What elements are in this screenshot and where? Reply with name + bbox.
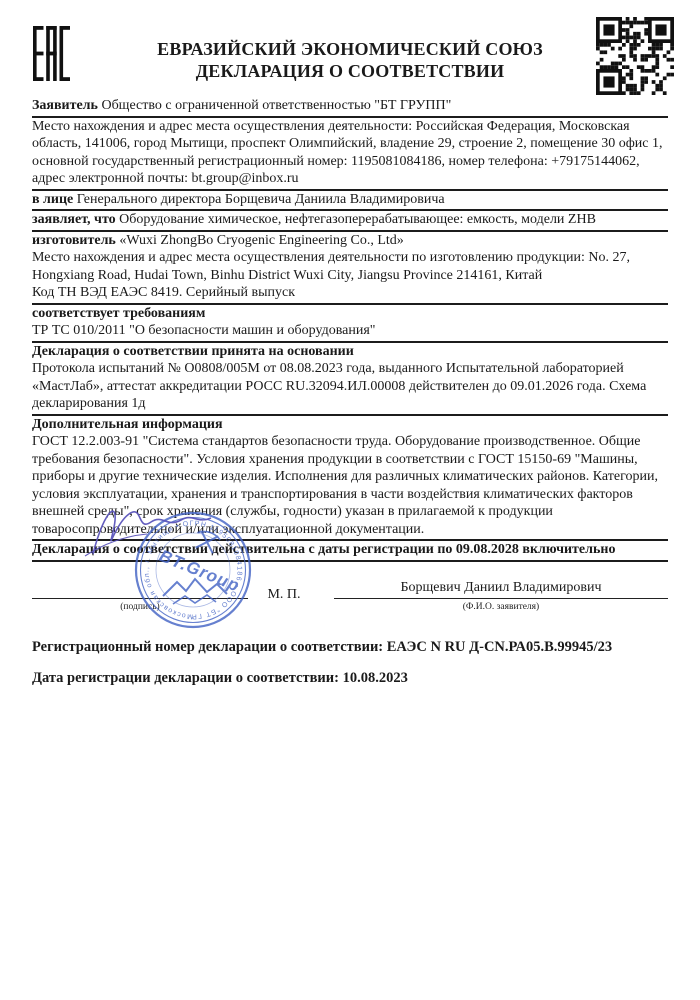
applicant-name-field: Борщевич Даниил Владимирович (Ф.И.О. зая… — [334, 579, 668, 614]
complies-row: соответствует требованиям ТР ТС 010/2011… — [32, 305, 668, 343]
additional-info-row: Дополнительная информация ГОСТ 12.2.003-… — [32, 416, 668, 542]
applicant-label: Заявитель — [32, 98, 98, 113]
title-line-1: ЕВРАЗИЙСКИЙ ЭКОНОМИЧЕСКИЙ СОЮЗ — [110, 38, 590, 60]
registration-footer: Регистрационный номер декларации о соотв… — [32, 639, 668, 687]
document-header: ЕВРАЗИЙСКИЙ ЭКОНОМИЧЕСКИЙ СОЮЗ ДЕКЛАРАЦИ… — [0, 0, 700, 96]
manufacturer-address: Место нахождения и адрес места осуществл… — [32, 249, 668, 284]
declaration-document: ЕВРАЗИЙСКИЙ ЭКОНОМИЧЕСКИЙ СОЮЗ ДЕКЛАРАЦИ… — [0, 0, 700, 1000]
registration-date-line: Дата регистрации декларации о соответств… — [32, 670, 668, 688]
title-line-2: ДЕКЛАРАЦИЯ О СООТВЕТСТВИИ — [110, 60, 590, 82]
applicant-name: Борщевич Даниил Владимирович — [334, 579, 668, 600]
additional-info-label: Дополнительная информация — [32, 416, 668, 434]
signature-field: (подпись) — [32, 579, 248, 613]
complies-label: соответствует требованиям — [32, 305, 668, 323]
registration-number-line: Регистрационный номер декларации о соотв… — [32, 639, 668, 657]
represented-by-label: в лице — [32, 192, 73, 207]
stamp-place-label: М. П. — [248, 579, 320, 604]
applicant-row: Заявитель Общество с ограниченной ответс… — [32, 97, 668, 118]
applicant-address-row: Место нахождения и адрес места осуществл… — [32, 118, 668, 191]
applicant-name-caption: (Ф.И.О. заявителя) — [334, 599, 668, 613]
eac-mark-icon — [33, 26, 70, 87]
tnved-code: Код ТН ВЭД ЕАЭС 8419. Серийный выпуск — [32, 284, 668, 302]
applicant-address: Место нахождения и адрес места осуществл… — [32, 119, 662, 187]
applicant-value: Общество с ограниченной ответственностью… — [101, 98, 451, 113]
validity-row: Декларация о соответствии действительна … — [32, 541, 668, 562]
represented-by-value: Генерального директора Борщевича Даниила… — [77, 192, 445, 207]
signature-caption: (подпись) — [32, 599, 248, 613]
declares-value: Оборудование химическое, нефтегазоперера… — [119, 212, 596, 227]
manufacturer-value: «Wuxi ZhongBo Cryogenic Engineering Co.,… — [119, 233, 403, 248]
signature-line — [32, 579, 248, 599]
complies-value: ТР ТС 010/2011 "О безопасности машин и о… — [32, 322, 668, 340]
qr-code — [596, 17, 674, 95]
basis-value: Протокола испытаний № О0808/005М от 08.0… — [32, 360, 668, 413]
basis-row: Декларация о соответствии принята на осн… — [32, 343, 668, 416]
additional-info-value: ГОСТ 12.2.003-91 "Система стандартов без… — [32, 433, 668, 538]
declaration-body: Заявитель Общество с ограниченной ответс… — [32, 97, 668, 700]
manufacturer-label: изготовитель — [32, 233, 116, 248]
document-title: ЕВРАЗИЙСКИЙ ЭКОНОМИЧЕСКИЙ СОЮЗ ДЕКЛАРАЦИ… — [110, 38, 590, 82]
basis-label: Декларация о соответствии принята на осн… — [32, 343, 668, 361]
declares-row: заявляет, что Оборудование химическое, н… — [32, 211, 668, 232]
signature-block: (подпись) М. П. Борщевич Даниил Владимир… — [32, 579, 668, 614]
manufacturer-row: изготовитель «Wuxi ZhongBo Cryogenic Eng… — [32, 232, 668, 305]
represented-by-row: в лице Генерального директора Борщевича … — [32, 191, 668, 212]
declares-label: заявляет, что — [32, 212, 116, 227]
validity-line: Декларация о соответствии действительна … — [32, 541, 668, 559]
